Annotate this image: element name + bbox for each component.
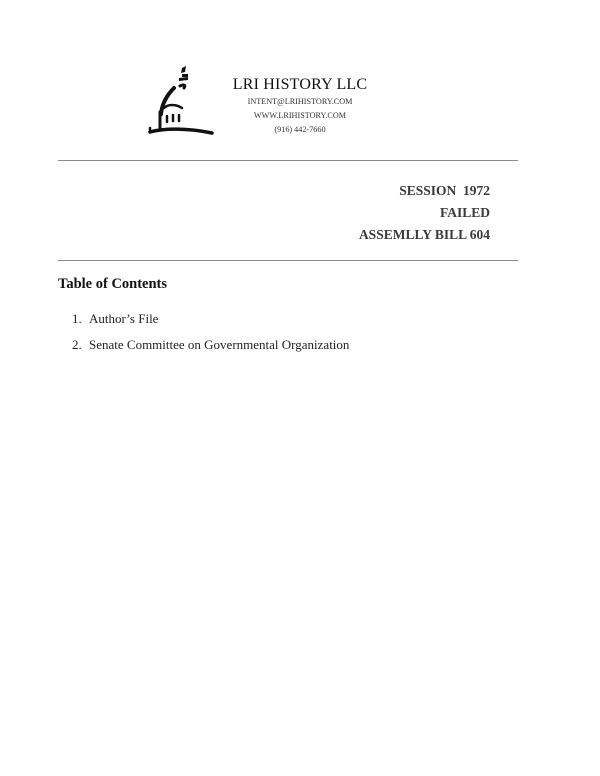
top-divider bbox=[58, 160, 518, 161]
company-website: WWW.LRIHISTORY.COM bbox=[230, 109, 370, 123]
toc-item-number: 2. bbox=[72, 332, 89, 358]
company-name: LRI HISTORY LLC bbox=[230, 75, 370, 95]
bill-status: FAILED bbox=[359, 202, 490, 224]
bill-info: SESSION 1972 FAILED ASSEMLLY BILL 604 bbox=[359, 180, 490, 246]
company-phone: (916) 442-7660 bbox=[230, 123, 370, 137]
toc-item-label: Author’s File bbox=[89, 306, 158, 332]
toc-list: 1. Author’s File 2. Senate Committee on … bbox=[72, 306, 349, 358]
bill-number: ASSEMLLY BILL 604 bbox=[359, 224, 490, 246]
company-email: INTENT@LRIHISTORY.COM bbox=[230, 95, 370, 109]
toc-item[interactable]: 2. Senate Committee on Governmental Orga… bbox=[72, 332, 349, 358]
toc-item-number: 1. bbox=[72, 306, 89, 332]
capitol-dome-icon bbox=[144, 64, 216, 140]
toc-item[interactable]: 1. Author’s File bbox=[72, 306, 349, 332]
session-label: SESSION 1972 bbox=[359, 180, 490, 202]
toc-title: Table of Contents bbox=[58, 276, 167, 293]
company-info: LRI HISTORY LLC INTENT@LRIHISTORY.COM WW… bbox=[230, 75, 370, 137]
toc-item-label: Senate Committee on Governmental Organiz… bbox=[89, 332, 349, 358]
bottom-divider bbox=[58, 260, 518, 261]
